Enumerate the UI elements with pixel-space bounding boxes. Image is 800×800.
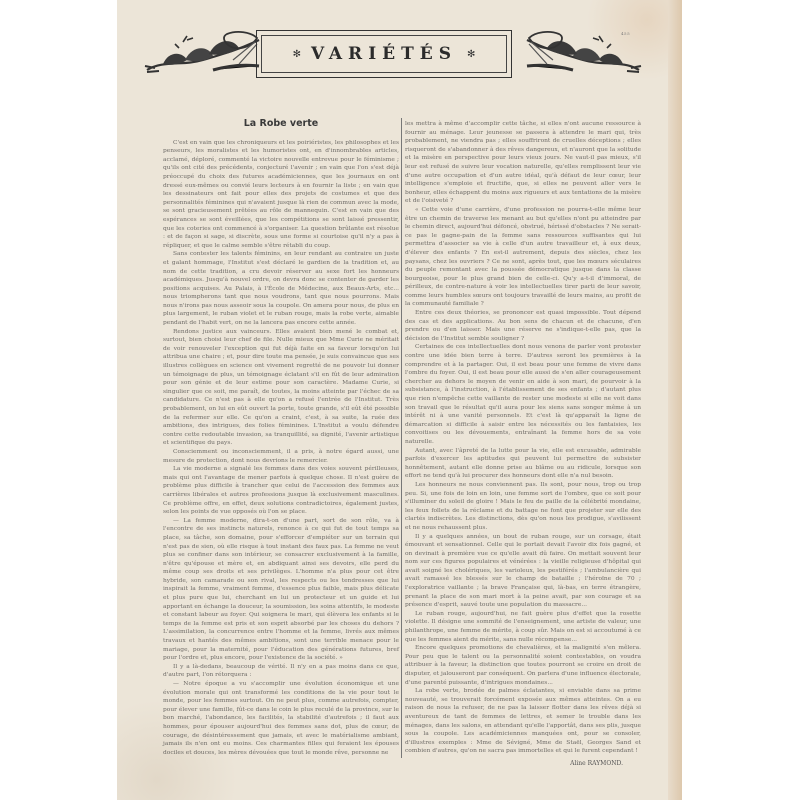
paragraph: Autant, avec l'âpreté de la lutte pour l… <box>405 447 641 481</box>
paragraph: La robe verte, brodée de palmes éclatant… <box>405 687 641 756</box>
paragraph: les mettra à même d'accomplir cette tâch… <box>405 120 641 206</box>
page-edge-shadow <box>668 0 682 800</box>
article-column-left: La Robe verte C'est en vain que les chro… <box>163 120 399 757</box>
section-header: ✻ VARIÉTÉS ✻ <box>143 28 643 80</box>
title-frame: ✻ VARIÉTÉS ✻ <box>256 30 512 78</box>
foliage-ornament-right-icon <box>525 30 643 78</box>
paragraph: Sans contester les talents féminins, en … <box>163 250 399 327</box>
column-divider <box>401 118 402 758</box>
paragraph: La vie moderne a signalé les femmes dans… <box>163 465 399 517</box>
paragraph: C'est en vain que les chroniqueurs et le… <box>163 139 399 251</box>
paragraph: Il y a là-dedans, beaucoup de vérité. Il… <box>163 663 399 680</box>
paragraph: Il y a quelques années, un bout de ruban… <box>405 533 641 610</box>
paragraph: — Notre époque a vu s'accomplir une évol… <box>163 680 399 757</box>
paragraph: Consciemment ou inconsciemment, il a pri… <box>163 448 399 465</box>
paragraph: « Cette voie d'une carrière, d'une profe… <box>405 206 641 309</box>
paragraph: Entre ces deux théories, se prononcer es… <box>405 309 641 343</box>
paragraph: Les honneurs ne nous conviennent pas. Il… <box>405 481 641 533</box>
author-signature: Aline RAYMOND. <box>405 760 641 769</box>
paragraph: — La femme moderne, dira-t-on d'une part… <box>163 517 399 663</box>
paragraph: Certaines de ces intellectuelles dont no… <box>405 343 641 446</box>
section-title: VARIÉTÉS <box>311 44 457 64</box>
article-column-right: les mettra à même d'accomplir cette tâch… <box>405 120 641 769</box>
magazine-page: 455 ✻ VARIÉTÉS ✻ <box>117 0 682 800</box>
foliage-ornament-left-icon <box>143 30 261 78</box>
paragraph: Le ruban rouge, aujourd'hui, ne fait guè… <box>405 610 641 644</box>
paragraph: Rendons justice aux vainceurs. Elles ava… <box>163 328 399 448</box>
star-ornament-icon: ✻ <box>467 49 475 60</box>
article-title: La Robe verte <box>163 120 399 129</box>
paragraph: Encore quelques promotions de chevalière… <box>405 644 641 687</box>
star-ornament-icon: ✻ <box>293 49 301 60</box>
